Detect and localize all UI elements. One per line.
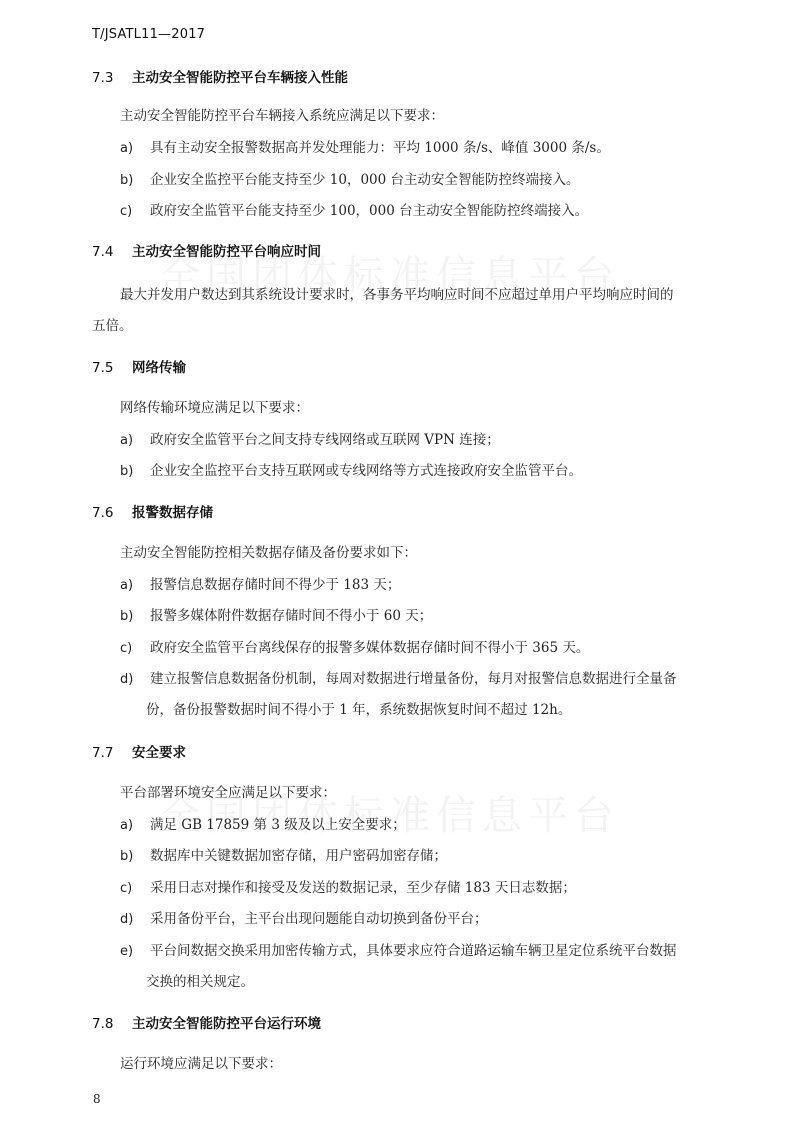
section-heading-7-3: 7.3主动安全智能防控平台车辆接入性能 bbox=[92, 66, 348, 86]
list-item: e)平台间数据交换采用加密传输方式，具体要求应符合道路运输车辆卫星定位系统平台数… bbox=[120, 939, 677, 959]
section-title: 主动安全智能防控平台响应时间 bbox=[132, 244, 321, 260]
section-number: 7.7 bbox=[92, 745, 132, 761]
list-item: c)采用日志对操作和接受及发送的数据记录，至少存储 183 天日志数据； bbox=[120, 876, 576, 896]
section-heading-7-6: 7.6报警数据存储 bbox=[92, 501, 213, 521]
paragraph-line: 五倍。 bbox=[92, 314, 133, 334]
list-text: 报警多媒体附件数据存储时间不得小于 60 天； bbox=[150, 608, 432, 624]
section-number: 7.5 bbox=[92, 360, 132, 376]
list-label: b) bbox=[120, 849, 150, 864]
list-item: a)满足 GB 17859 第 3 级及以上安全要求； bbox=[120, 813, 406, 833]
section-heading-7-5: 7.5网络传输 bbox=[92, 356, 186, 376]
list-label: a) bbox=[120, 818, 150, 833]
list-label: a) bbox=[120, 578, 150, 593]
section-title: 主动安全智能防控平台运行环境 bbox=[132, 1016, 321, 1032]
list-label: b) bbox=[120, 609, 150, 624]
section-title: 安全要求 bbox=[132, 745, 186, 761]
list-item: a)具有主动安全报警数据高并发处理能力：平均 1000 条/s、峰值 3000 … bbox=[120, 136, 610, 156]
list-text: 政府安全监管平台能支持至少 100，000 台主动安全智能防控终端接入。 bbox=[150, 203, 588, 219]
section-intro: 运行环境应满足以下要求： bbox=[120, 1052, 282, 1072]
list-text: 数据库中关键数据加密存储，用户密码加密存储； bbox=[150, 848, 447, 864]
list-text: 政府安全监管平台之间支持专线网络或互联网 VPN 连接； bbox=[150, 432, 500, 448]
list-text: 满足 GB 17859 第 3 级及以上安全要求； bbox=[150, 817, 406, 833]
list-text: 政府安全监管平台离线保存的报警多媒体数据存储时间不得小于 365 天。 bbox=[150, 640, 589, 656]
section-intro: 主动安全智能防控相关数据存储及备份要求如下： bbox=[120, 541, 417, 561]
section-title: 报警数据存储 bbox=[132, 505, 213, 521]
list-item: d)采用备份平台，主平台出现问题能自动切换到备份平台； bbox=[120, 907, 488, 927]
list-label: c) bbox=[120, 641, 150, 656]
list-text: 采用备份平台，主平台出现问题能自动切换到备份平台； bbox=[150, 911, 488, 927]
list-label: a) bbox=[120, 433, 150, 448]
list-item: c)政府安全监管平台能支持至少 100，000 台主动安全智能防控终端接入。 bbox=[120, 199, 588, 219]
list-label: d) bbox=[120, 912, 150, 927]
section-number: 7.3 bbox=[92, 70, 132, 86]
list-label: c) bbox=[120, 881, 150, 896]
list-item: d)建立报警信息数据备份机制，每周对数据进行增量备份，每月对报警信息数据进行全量… bbox=[120, 667, 677, 687]
page-number: 8 bbox=[93, 1092, 101, 1106]
list-text: 报警信息数据存储时间不得少于 183 天； bbox=[150, 577, 400, 593]
list-item: a)政府安全监管平台之间支持专线网络或互联网 VPN 连接； bbox=[120, 428, 500, 448]
list-text: 具有主动安全报警数据高并发处理能力：平均 1000 条/s、峰值 3000 条/… bbox=[150, 140, 610, 156]
section-number: 7.8 bbox=[92, 1016, 132, 1032]
section-number: 7.6 bbox=[92, 505, 132, 521]
list-label: d) bbox=[120, 672, 150, 687]
section-number: 7.4 bbox=[92, 244, 132, 260]
list-text: 企业安全监控平台能支持至少 10，000 台主动安全智能防控终端接入。 bbox=[150, 172, 580, 188]
list-item: b)企业安全监控平台能支持至少 10，000 台主动安全智能防控终端接入。 bbox=[120, 168, 580, 188]
list-text: 采用日志对操作和接受及发送的数据记录，至少存储 183 天日志数据； bbox=[150, 880, 576, 896]
section-title: 主动安全智能防控平台车辆接入性能 bbox=[132, 70, 348, 86]
list-text: 企业安全监控平台支持互联网或专线网络等方式连接政府安全监管平台。 bbox=[150, 463, 582, 479]
list-label: c) bbox=[120, 204, 150, 219]
list-text: 平台间数据交换采用加密传输方式，具体要求应符合道路运输车辆卫星定位系统平台数据 bbox=[150, 943, 677, 959]
list-item: a)报警信息数据存储时间不得少于 183 天； bbox=[120, 573, 400, 593]
document-code: T/JSATL11—2017 bbox=[92, 27, 205, 42]
list-item-continuation: 份，备份报警数据时间不得小于 1 年，系统数据恢复时间不超过 12h。 bbox=[146, 698, 571, 718]
list-item-continuation: 交换的相关规定。 bbox=[146, 970, 254, 990]
section-heading-7-4: 7.4主动安全智能防控平台响应时间 bbox=[92, 240, 321, 260]
list-label: b) bbox=[120, 464, 150, 479]
list-item: b)企业安全监控平台支持互联网或专线网络等方式连接政府安全监管平台。 bbox=[120, 459, 582, 479]
section-intro: 平台部署环境安全应满足以下要求： bbox=[120, 781, 336, 801]
section-title: 网络传输 bbox=[132, 360, 186, 376]
section-intro: 网络传输环境应满足以下要求： bbox=[120, 396, 309, 416]
list-label: e) bbox=[120, 944, 150, 959]
paragraph-line: 最大并发用户数达到其系统设计要求时，各事务平均响应时间不应超过单用户平均响应时间… bbox=[120, 283, 674, 303]
list-item: b)报警多媒体附件数据存储时间不得小于 60 天； bbox=[120, 604, 432, 624]
section-heading-7-8: 7.8主动安全智能防控平台运行环境 bbox=[92, 1012, 321, 1032]
list-label: a) bbox=[120, 141, 150, 156]
section-intro: 主动安全智能防控平台车辆接入系统应满足以下要求： bbox=[120, 104, 444, 124]
section-heading-7-7: 7.7安全要求 bbox=[92, 741, 186, 761]
list-item: b)数据库中关键数据加密存储，用户密码加密存储； bbox=[120, 844, 447, 864]
list-item: c)政府安全监管平台离线保存的报警多媒体数据存储时间不得小于 365 天。 bbox=[120, 636, 589, 656]
list-label: b) bbox=[120, 173, 150, 188]
list-text: 建立报警信息数据备份机制，每周对数据进行增量备份，每月对报警信息数据进行全量备 bbox=[150, 671, 677, 687]
